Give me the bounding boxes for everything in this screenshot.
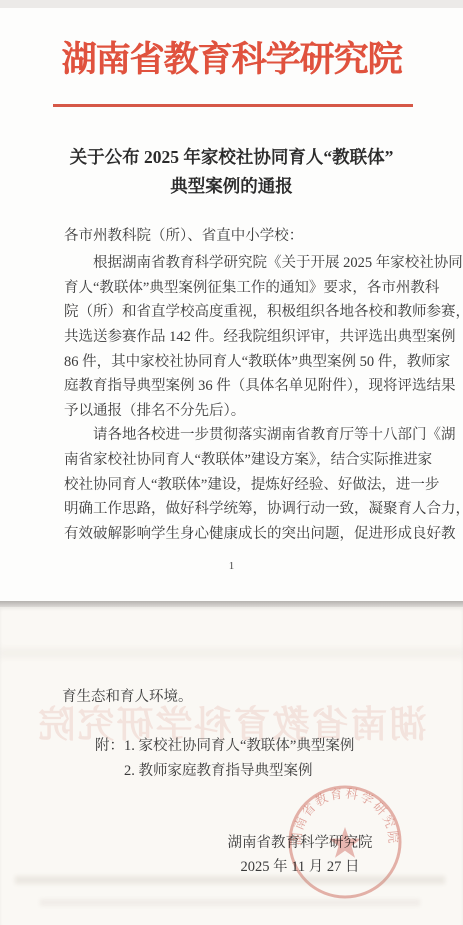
official-seal-stamp-icon: 湖南省教育科学研究院 [285, 782, 405, 902]
scan-artifact [40, 899, 420, 906]
attachment-item-2: 2. 教师家庭教育指导典型案例 [95, 759, 415, 784]
scan-artifact [15, 876, 445, 884]
body-line: 予以通报（排名不分先后）。 [64, 399, 406, 424]
body-line: 南省家校社协同育人“教联体”建设方案》，结合实际推进家 [64, 448, 406, 473]
document-title: 关于公布 2025 年家校社协同育人“教联体” 典型案例的通报 [0, 143, 463, 201]
document-viewer: 湖南省教育科学研究院 关于公布 2025 年家校社协同育人“教联体” 典型案例的… [0, 0, 463, 925]
body-carryover-line: 育生态和育人环境。 [62, 685, 422, 709]
seal-star [329, 827, 361, 858]
body-line: 育人“教联体”典型案例征集工作的通知》要求，各市州教科 [64, 276, 406, 301]
scan-artifact [0, 648, 463, 658]
body-line: 共选送参赛作品 142 件。经我院组织评审，共评选出典型案例 [64, 325, 406, 350]
body-line: 请各地各校进一步贯彻落实湖南省教育厅等十八部门《湖 [64, 423, 406, 448]
document-title-line1: 关于公布 2025 年家校社协同育人“教联体” [0, 143, 463, 172]
body-line: 庭教育指导典型案例 36 件（具体名单见附件），现将评选结果 [64, 374, 406, 399]
document-page-1: 湖南省教育科学研究院 关于公布 2025 年家校社协同育人“教联体” 典型案例的… [0, 8, 463, 601]
letterhead-rule [53, 104, 413, 107]
body-text: 根据湖南省教育科学研究院《关于开展 2025 年家校社协同 育人“教联体”典型案… [64, 251, 406, 547]
body-line: 明确工作思路，做好科学统筹，协调行动一致，凝聚育人合力， [64, 497, 406, 522]
document-title-line2: 典型案例的通报 [0, 172, 463, 201]
body-line: 院（所）和省直学校高度重视，积极组织各地各校和教师参赛， [64, 300, 406, 325]
body-line: 86 件，其中家校社协同育人“教联体”典型案例 50 件，教师家 [64, 350, 406, 375]
page-number: 1 [0, 560, 463, 572]
attachment-item-1: 附：1. 家校社协同育人“教联体”典型案例 [95, 734, 415, 759]
salutation: 各市州教科院（所）、省直中小学校： [64, 224, 424, 248]
body-line: 根据湖南省教育科学研究院《关于开展 2025 年家校社协同 [64, 251, 406, 276]
letterhead-org-name: 湖南省教育科学研究院 [0, 40, 463, 80]
attachments-list: 附：1. 家校社协同育人“教联体”典型案例 2. 教师家庭教育指导典型案例 [95, 734, 415, 783]
body-line: 有效破解影响学生身心健康成长的突出问题，促进形成良好教 [64, 522, 406, 547]
body-line: 校社协同育人“教联体”建设，提炼好经验、好做法，进一步 [64, 473, 406, 498]
